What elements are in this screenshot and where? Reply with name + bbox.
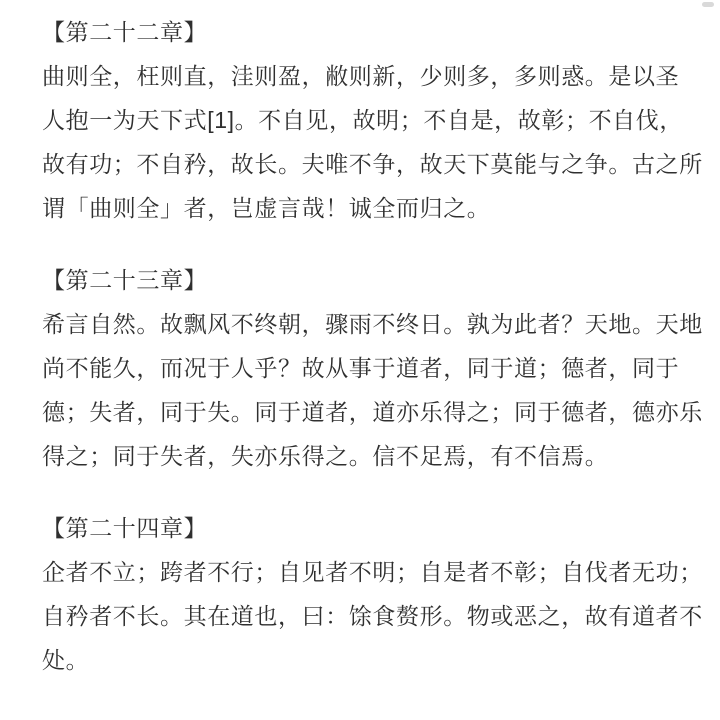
chapter-22-line-4: 谓「曲则全」者，岂虚言哉！诚全而归之。 [42, 186, 694, 230]
chapter-24-heading: 【第二十四章】 [42, 506, 694, 550]
chapter-23-section: 【第二十三章】 希言自然。故飘风不终朝，骤雨不终日。孰为此者？天地。天地 尚不能… [42, 258, 694, 478]
document-page: 【第二十二章】 曲则全，枉则直，洼则盈，敝则新，少则多，多则惑。是以圣 人抱一为… [0, 0, 720, 720]
chapter-23-line-4: 得之；同于失者，失亦乐得之。信不足焉，有不信焉。 [42, 434, 694, 478]
chapter-22-heading: 【第二十二章】 [42, 10, 694, 54]
chapter-23-line-1: 希言自然。故飘风不终朝，骤雨不终日。孰为此者？天地。天地 [42, 302, 694, 346]
chapter-24-line-3: 处。 [42, 638, 694, 682]
chapter-22-line-2: 人抱一为天下式[1]。不自见，故明；不自是，故彰；不自伐， [42, 98, 694, 142]
chapter-24-section: 【第二十四章】 企者不立；跨者不行；自见者不明；自是者不彰；自伐者无功； 自矜者… [42, 506, 694, 682]
scrollbar-thumb[interactable] [702, 2, 714, 7]
chapter-23-line-2: 尚不能久，而况于人乎？故从事于道者，同于道；德者，同于 [42, 346, 694, 390]
chapter-24-line-1: 企者不立；跨者不行；自见者不明；自是者不彰；自伐者无功； [42, 550, 694, 594]
chapter-24-line-2: 自矜者不长。其在道也，曰：馀食赘形。物或恶之，故有道者不 [42, 594, 694, 638]
chapter-22-line-1: 曲则全，枉则直，洼则盈，敝则新，少则多，多则惑。是以圣 [42, 54, 694, 98]
chapter-23-heading: 【第二十三章】 [42, 258, 694, 302]
chapter-22-section: 【第二十二章】 曲则全，枉则直，洼则盈，敝则新，少则多，多则惑。是以圣 人抱一为… [42, 10, 694, 230]
chapter-23-line-3: 德；失者，同于失。同于道者，道亦乐得之；同于德者，德亦乐 [42, 390, 694, 434]
chapter-22-line-3: 故有功；不自矜，故长。夫唯不争，故天下莫能与之争。古之所 [42, 142, 694, 186]
